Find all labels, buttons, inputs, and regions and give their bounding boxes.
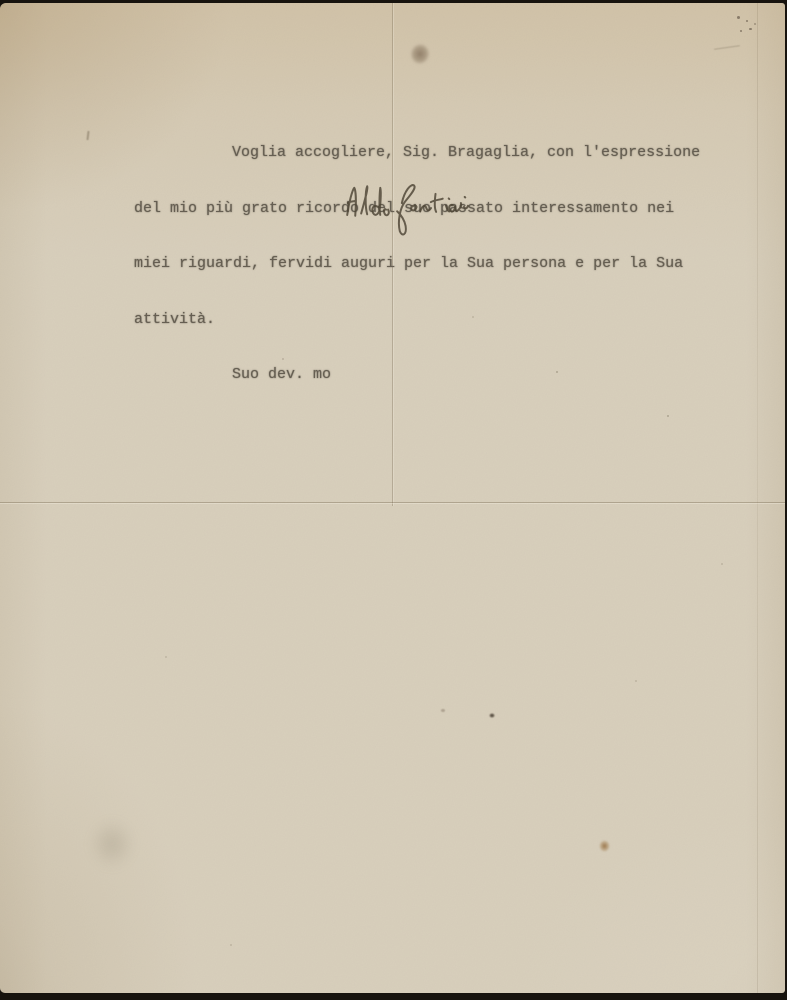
right-faint-crease [757, 3, 758, 993]
paper-speck [721, 563, 723, 565]
pencil-speck [749, 28, 752, 30]
letter-line: attività. [134, 311, 714, 330]
margin-tick [86, 131, 89, 140]
pencil-speck [737, 16, 740, 19]
letter-body: Voglia accogliere, Sig. Bragaglia, con l… [134, 107, 714, 422]
dark-speck [489, 713, 495, 718]
horizontal-fold-crease [0, 502, 785, 504]
paper-speck [635, 680, 637, 682]
paper-speck [230, 944, 232, 946]
pencil-speck [740, 30, 742, 32]
letter-page: Voglia accogliere, Sig. Bragaglia, con l… [0, 3, 785, 993]
foxing-spot [599, 840, 610, 852]
gray-smudge [82, 811, 142, 877]
faint-speck [441, 709, 445, 712]
handwritten-signature [339, 177, 471, 240]
letter-line: Voglia accogliere, Sig. Bragaglia, con l… [134, 144, 714, 163]
paper-speck [165, 656, 167, 658]
valediction: Suo dev. mo [134, 366, 714, 385]
pencil-speck [746, 20, 748, 22]
letter-line: miei riguardi, fervidi auguri per la Sua… [134, 255, 714, 274]
pencil-speck [754, 23, 756, 25]
ink-stain [406, 39, 435, 69]
scratch-mark [714, 45, 740, 50]
scan-background: Voglia accogliere, Sig. Bragaglia, con l… [0, 0, 787, 1000]
